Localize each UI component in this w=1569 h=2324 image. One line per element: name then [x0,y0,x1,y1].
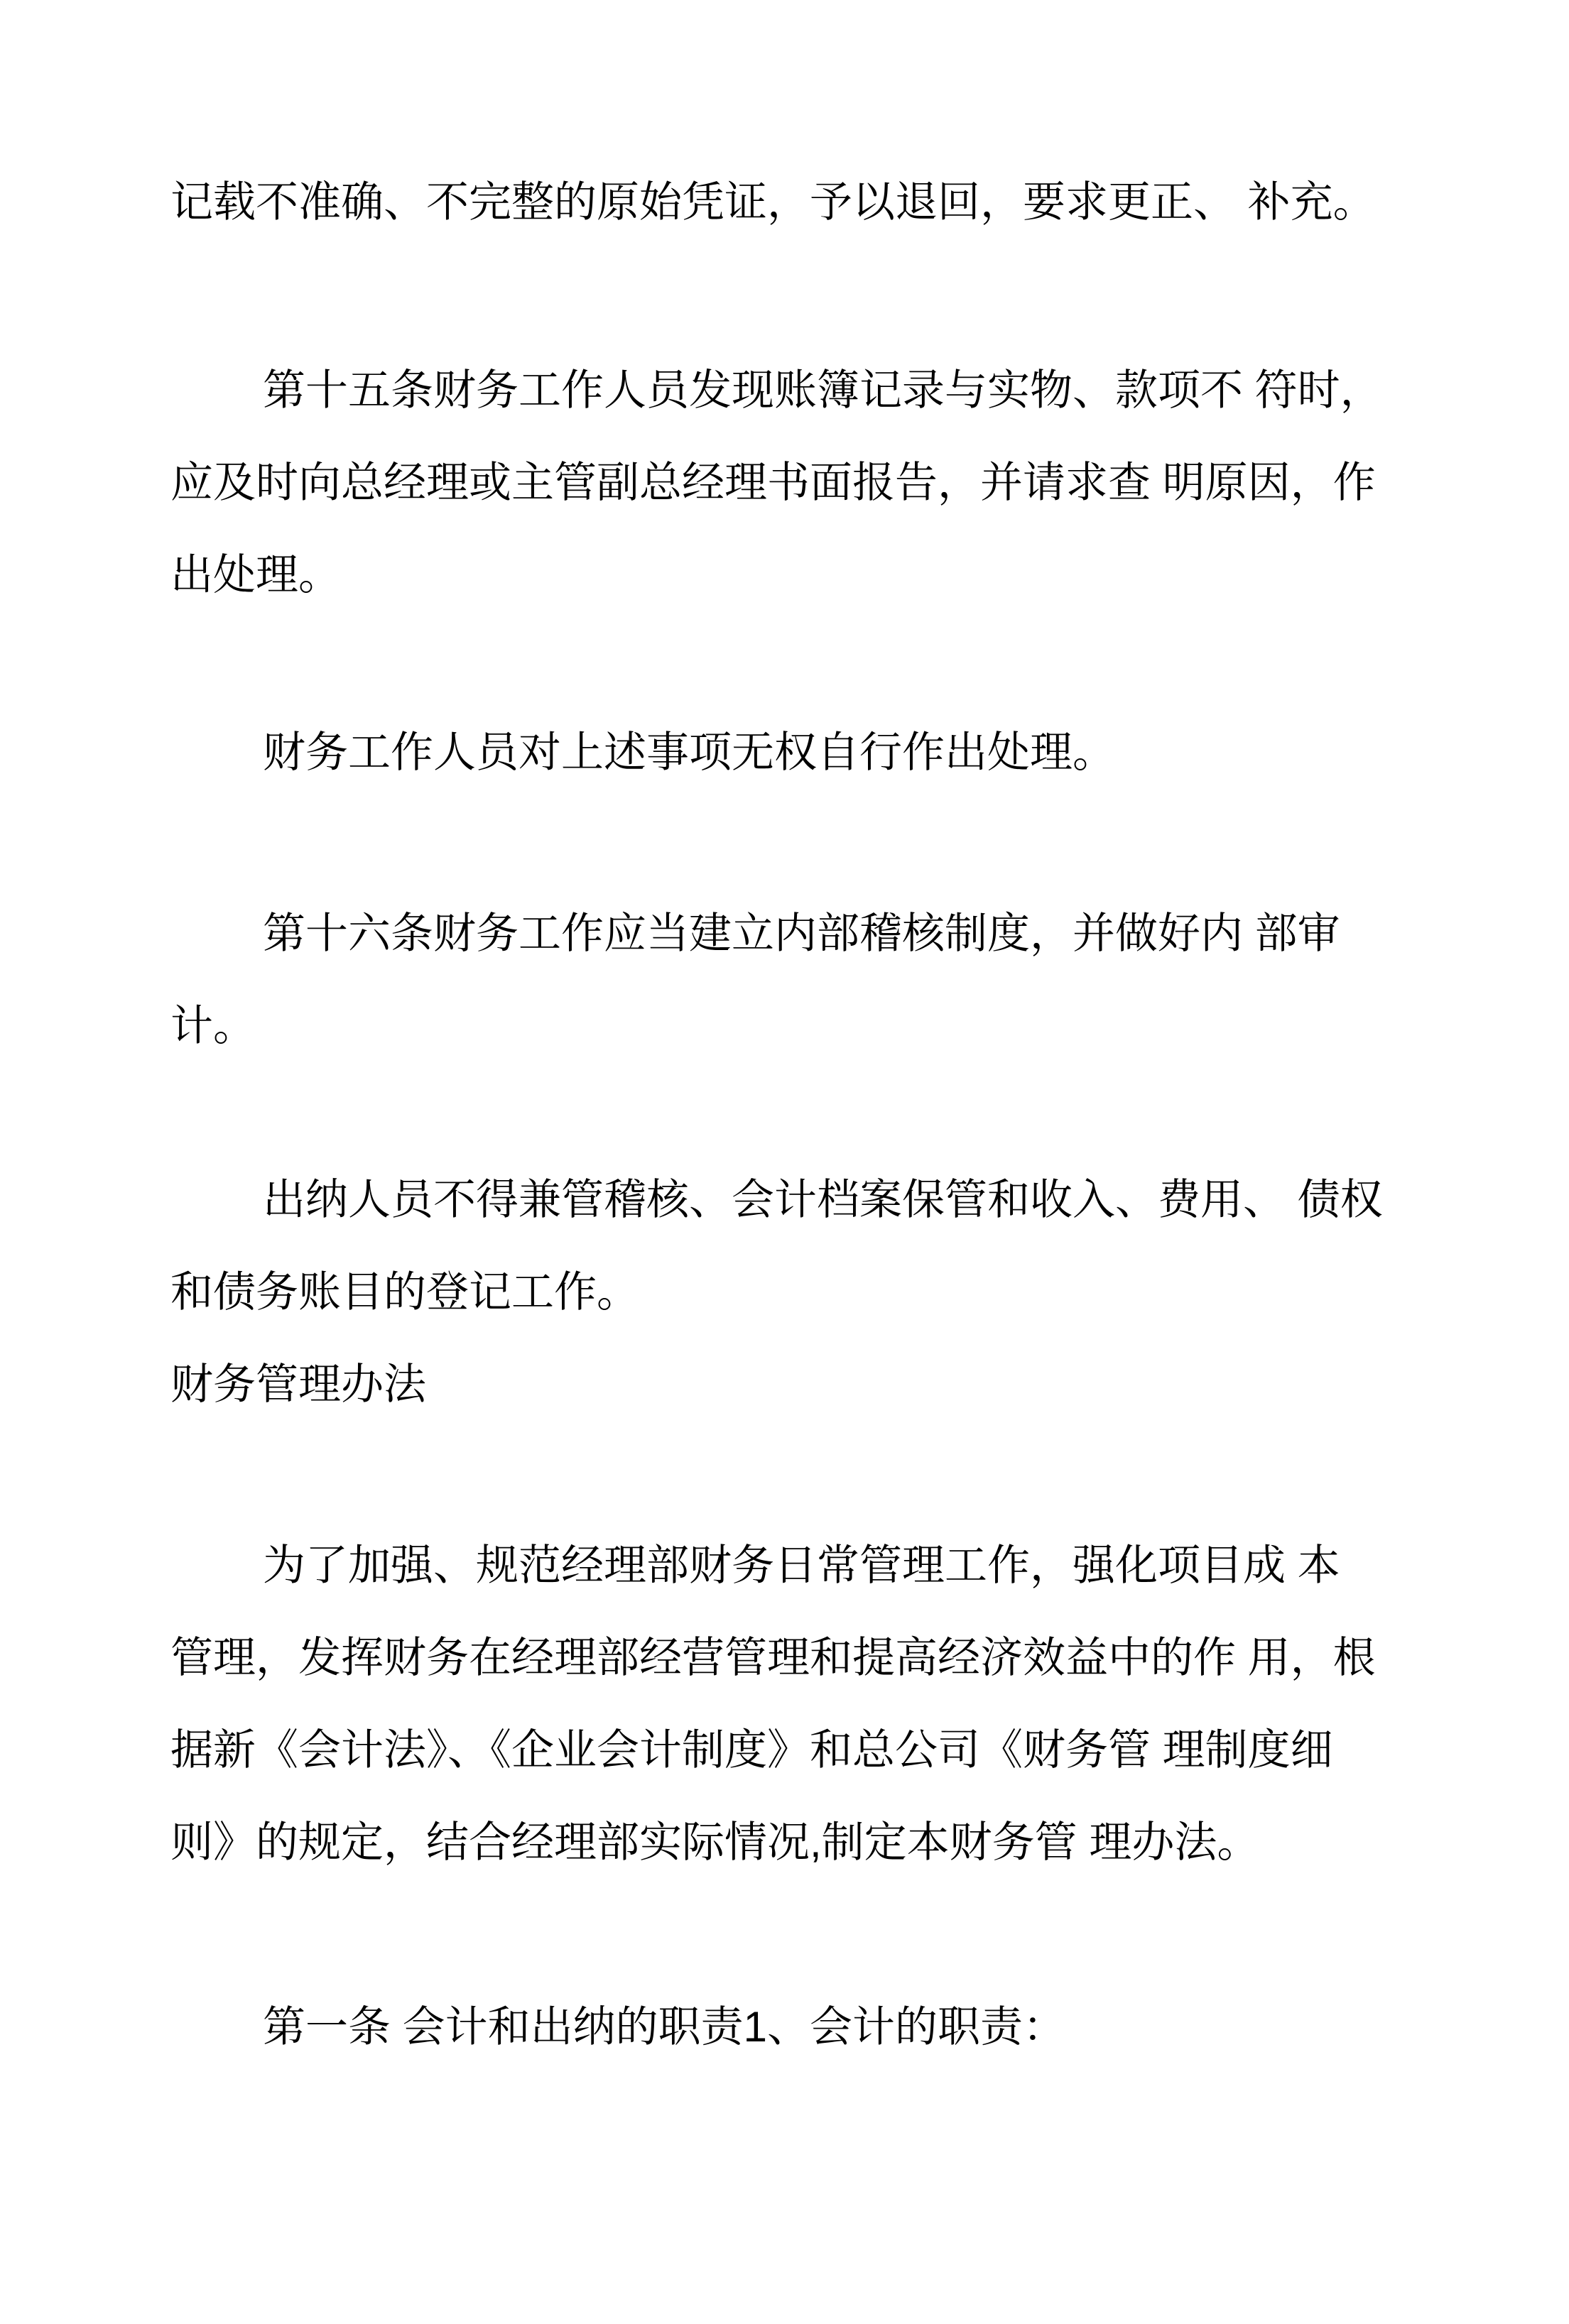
text-line: 则》的规定，结合经理部实际情况,制定本财务管 理办法。 [170,1796,1420,1889]
text-line: 据新《会计法》、《企业会计制度》和总公司《财务管 理制度细 [170,1704,1420,1796]
text-line: 记载不准确、不完整的原始凭证，予以退回，要求更正、 补充。 [170,156,1420,249]
paragraph: 出纳人员不得兼管稽核、会计档案保管和收入、费用、 债权 和债务账目的登记工作。 [170,1154,1420,1338]
text-line: 出处理。 [170,529,1420,621]
paragraph: 第一条 会计和出纳的职责1、会计的职责： [170,1981,1420,2073]
text-line: 财务管理办法 [170,1338,1420,1431]
text-line: 应及时向总经理或主管副总经理书面报告，并请求查 明原因，作 [170,437,1420,529]
paragraph: 记载不准确、不完整的原始凭证，予以退回，要求更正、 补充。 [170,156,1420,249]
text-line: 为了加强、规范经理部财务日常管理工作，强化项目成 本 [170,1520,1420,1612]
text-line: 出纳人员不得兼管稽核、会计档案保管和收入、费用、 债权 [170,1154,1420,1246]
paragraph: 第十五条财务工作人员发现账簿记录与实物、款项不 符时， 应及时向总经理或主管副总… [170,344,1420,621]
text-line: 第十五条财务工作人员发现账簿记录与实物、款项不 符时， [170,344,1420,437]
text-line: 第一条 会计和出纳的职责1、会计的职责： [170,1981,1420,2073]
paragraph: 财务工作人员对上述事项无权自行作出处理。 [170,707,1420,799]
text-line: 和债务账目的登记工作。 [170,1246,1420,1338]
document-page: { "document": { "background_color": "#ff… [0,0,1569,2324]
text-line: 第十六条财务工作应当建立内部稽核制度，并做好内 部审 [170,888,1420,980]
text-line: 管理，发挥财务在经理部经营管理和提高经济效益中的作 用，根 [170,1612,1420,1704]
paragraph-title: 财务管理办法 [170,1338,1420,1431]
text-line: 计。 [170,980,1420,1072]
text-line: 财务工作人员对上述事项无权自行作出处理。 [170,707,1420,799]
paragraph: 第十六条财务工作应当建立内部稽核制度，并做好内 部审 计。 [170,888,1420,1072]
paragraph: 为了加强、规范经理部财务日常管理工作，强化项目成 本 管理，发挥财务在经理部经营… [170,1520,1420,1889]
document-body: 记载不准确、不完整的原始凭证，予以退回，要求更正、 补充。 第十五条财务工作人员… [170,156,1420,2324]
